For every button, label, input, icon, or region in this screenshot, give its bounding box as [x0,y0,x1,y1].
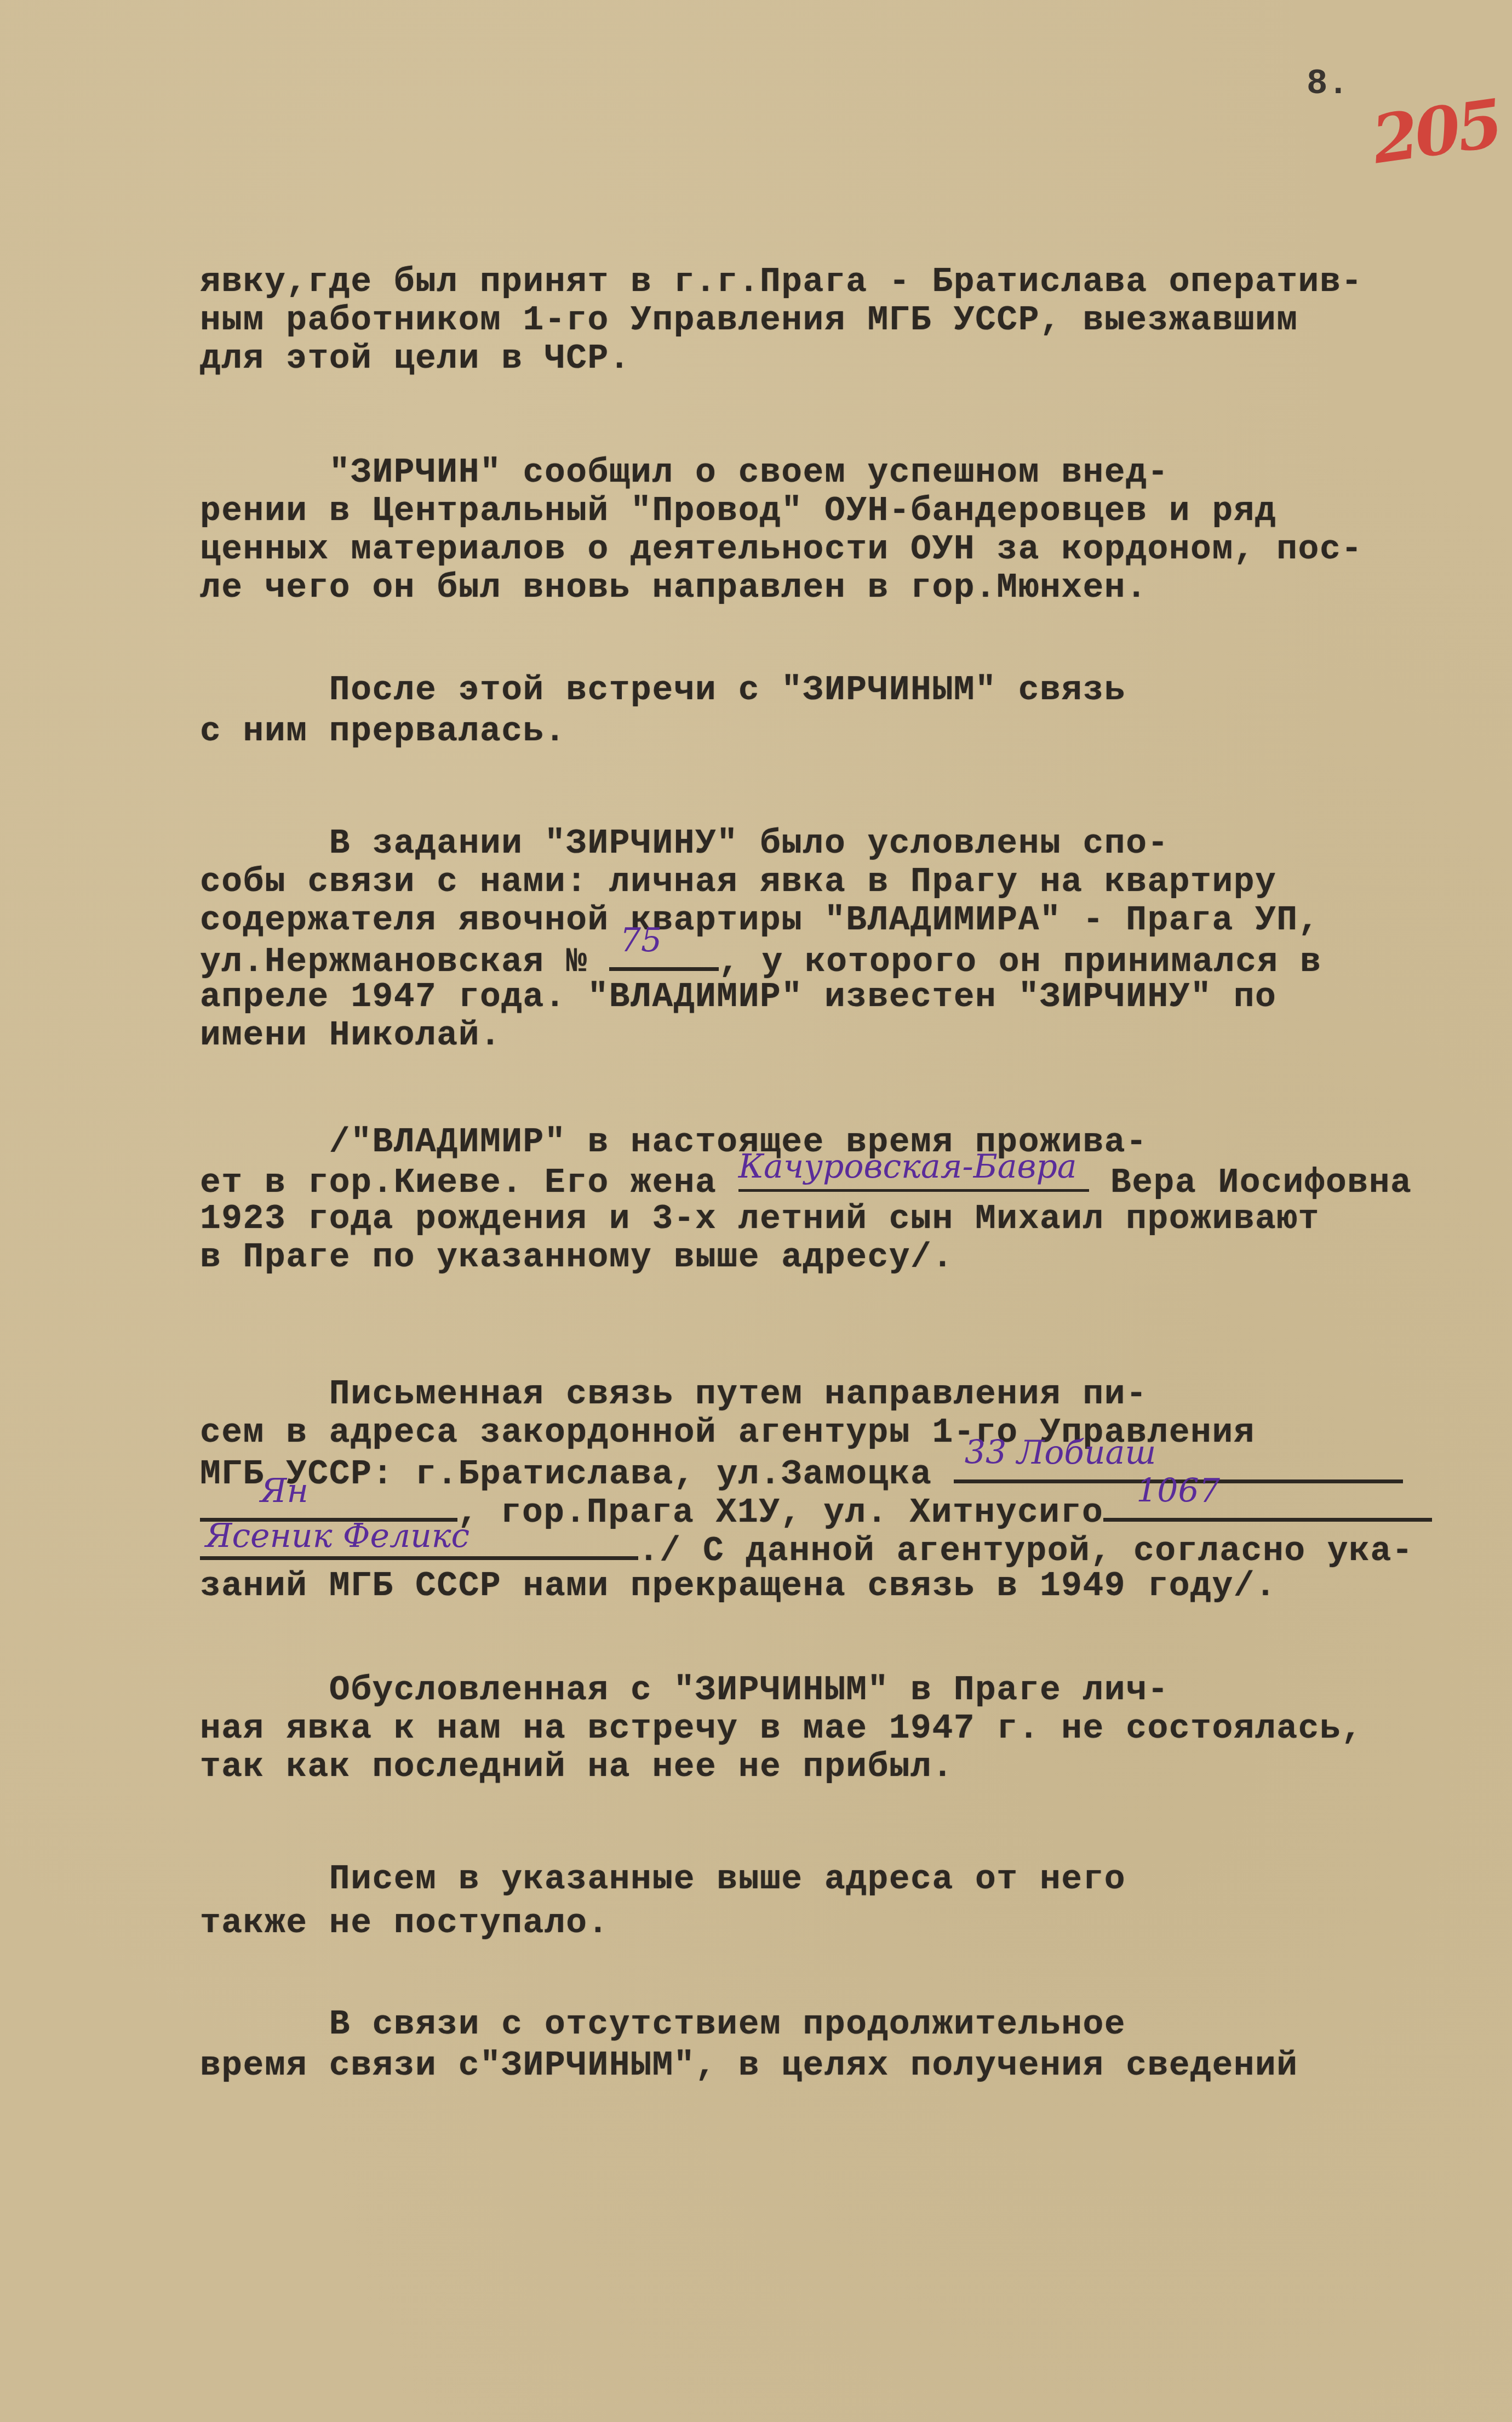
text-line: для этой цели в ЧСР. [200,340,631,378]
page-number: 8. [1307,65,1349,104]
text-segment: Вера Иосифовна [1110,1163,1412,1202]
text-segment: ./ С данной агентурой, согласно ука- [638,1532,1413,1570]
text-segment: , у которого он принимался в [719,942,1322,981]
handwritten-prague-number: 1067 [1136,1472,1220,1510]
text-line: апреле 1947 года. "ВЛАДИМИР" известен "З… [200,978,1276,1016]
text-line: в Праге по указанному выше адресу/. [200,1238,954,1277]
text-line: ценных материалов о деятельности ОУН за … [200,530,1363,569]
text-line: заний МГБ СССР нами прекращена связь в 1… [200,1567,1276,1606]
text-line: В задании "ЗИРЧИНУ" было условлены спо- [200,825,1169,863]
text-segment: МГБ УССР: г.Братислава, ул.Замоцка [200,1455,932,1494]
text-line: собы связи с нами: личная явка в Прагу н… [200,863,1276,901]
handwritten-bratislava-name: Ян [260,1472,308,1510]
text-line: МГБ УССР: г.Братислава, ул.Замоцка 33 Ло… [200,1452,1403,1494]
text-line: так как последний на нее не прибыл. [200,1748,954,1786]
text-line: ле чего он был вновь направлен в гор.Мюн… [200,569,1147,607]
fill-in-blank: Качуровская-Бавра [738,1162,1089,1192]
text-line: ет в гор.Киеве. Его жена Качуровская-Бав… [200,1162,1412,1202]
text-segment: ул.Нержмановская № [200,942,588,981]
handwritten-house-number: 75 [620,921,662,959]
text-line: содержателя явочной квартиры "ВЛАДИМИРА"… [200,901,1320,940]
text-line: Обусловленная с "ЗИРЧИНЫМ" в Праге лич- [200,1671,1169,1710]
text-segment: ет в гор.Киеве. Его жена [200,1163,717,1202]
fill-in-blank: Ясеник Феликс [200,1529,638,1560]
text-line: В связи с отсутствием продолжительное [200,2006,1126,2044]
text-line: время связи с"ЗИРЧИНЫМ", в целях получен… [200,2047,1298,2085]
archive-sheet-number: 205 [1367,85,1504,179]
fill-in-blank: 75 [609,940,719,971]
text-line: "ЗИРЧИН" сообщил о своем успешном внед- [200,454,1169,492]
text-line: имени Николай. [200,1016,501,1055]
text-line: рении в Центральный "Провод" ОУН-бандеро… [200,492,1276,530]
text-line: явку,где был принят в г.г.Прага - Братис… [200,263,1363,301]
text-line: с ним прервалась. [200,712,566,751]
text-line: Письменная связь путем направления пи- [200,1375,1147,1414]
text-line: ным работником 1-го Управления МГБ УССР,… [200,301,1298,340]
fill-in-blank: 1067 [1103,1490,1432,1522]
text-line: ная явка к нам на встречу в мае 1947 г. … [200,1710,1363,1748]
handwritten-wife-surname: Качуровская-Бавра [738,1147,1077,1186]
text-line: 1923 года рождения и 3-х летний сын Миха… [200,1200,1320,1238]
text-line: После этой встречи с "ЗИРЧИНЫМ" связь [200,671,1126,710]
handwritten-bratislava-address: 33 Лобиаш [965,1433,1156,1472]
handwritten-prague-name: Ясеник Феликс [205,1517,469,1555]
text-segment: , гор.Прага Х1У, ул. Хитнусиго [457,1493,1103,1532]
text-line: Ясеник Феликс./ С данной агентурой, согл… [200,1529,1413,1570]
text-line: ул.Нержмановская № 75, у которого он при… [200,940,1321,981]
text-line: также не поступало. [200,1904,609,1943]
text-line: Писем в указанные выше адреса от него [200,1860,1126,1899]
